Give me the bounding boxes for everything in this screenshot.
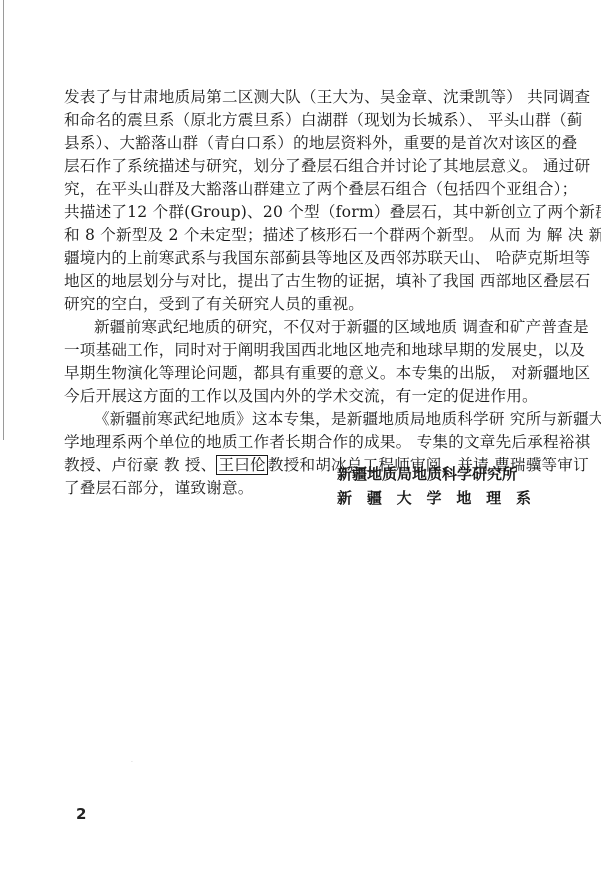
- text-line: 一项基础工作，同时对于阐明我国西北地区地壳和地球早期的发展史，以及: [64, 339, 538, 362]
- signature-department: 新 疆 大 学 地 理 系: [337, 486, 531, 510]
- text-line: 地区的地层划分与对比，提出了古生物的证据，填补了我国 西部地区叠层石: [64, 270, 538, 293]
- text-line: 学地理系两个单位的地质工作者长期合作的成果。 专集的文章先后承程裕祺: [64, 431, 538, 454]
- signature-institute: 新疆地质局地质科学研究所: [337, 462, 537, 486]
- text-line: 究，在平头山群及大豁落山群建立了两个叠层石组合（包括四个亚组合）；: [64, 178, 538, 201]
- document-body: 发表了与甘肃地质局第二区测大队（王大为、吴金章、沈秉凯等） 共同调查 和命名的震…: [64, 86, 538, 500]
- text-line: 早期生物演化等理论问题，都具有重要的意义。本专集的出版， 对新疆地区: [64, 362, 538, 385]
- text-line: 新疆前寒武纪地质的研究，不仅对于新疆的区域地质 调查和矿产普查是: [64, 316, 538, 339]
- text-line: 共描述了12 个群(Group)、20 个型（form）叠层石，其中新创立了两个…: [64, 201, 538, 224]
- text-line: 和 8 个新型及 2 个未定型；描述了核形石一个群两个新型。 从而 为 解 决 …: [64, 224, 538, 247]
- text-line: 疆境内的上前寒武系与我国东部蓟县等地区及西邻苏联天山、 哈萨克斯坦等: [64, 247, 538, 270]
- text-line: 层石作了系统描述与研究，划分了叠层石组合并讨论了其地层意义。 通过研: [64, 155, 538, 178]
- text-line: 和命名的震旦系（原北方震旦系）白湖群（现划为长城系）、 平头山群（蓟: [64, 109, 538, 132]
- signature-block: 新疆地质局地质科学研究所 新 疆 大 学 地 理 系: [337, 462, 537, 510]
- text-line: 县系）、大豁落山群（青白口系）的地层资料外，重要的是首次对该区的叠: [64, 132, 538, 155]
- page-number: 2: [76, 805, 86, 823]
- text-line: 发表了与甘肃地质局第二区测大队（王大为、吴金章、沈秉凯等） 共同调查: [64, 86, 538, 109]
- scan-page-edge: [3, 0, 4, 440]
- text-segment: 教授、卢衍豪 教 授、: [64, 456, 216, 474]
- boxed-name: 王曰伦: [216, 455, 267, 475]
- text-line: 今后开展这方面的工作以及国内外的学术交流，有一定的促进作用。: [64, 385, 538, 408]
- paragraph-2: 新疆前寒武纪地质的研究，不仅对于新疆的区域地质 调查和矿产普查是 一项基础工作，…: [64, 316, 538, 408]
- text-line: 《新疆前寒武纪地质》这本专集，是新疆地质局地质科学研 究所与新疆大: [64, 408, 538, 431]
- scan-speck: ·: [131, 761, 135, 765]
- text-line: 研究的空白，受到了有关研究人员的重视。: [64, 293, 538, 316]
- paragraph-1: 发表了与甘肃地质局第二区测大队（王大为、吴金章、沈秉凯等） 共同调查 和命名的震…: [64, 86, 538, 316]
